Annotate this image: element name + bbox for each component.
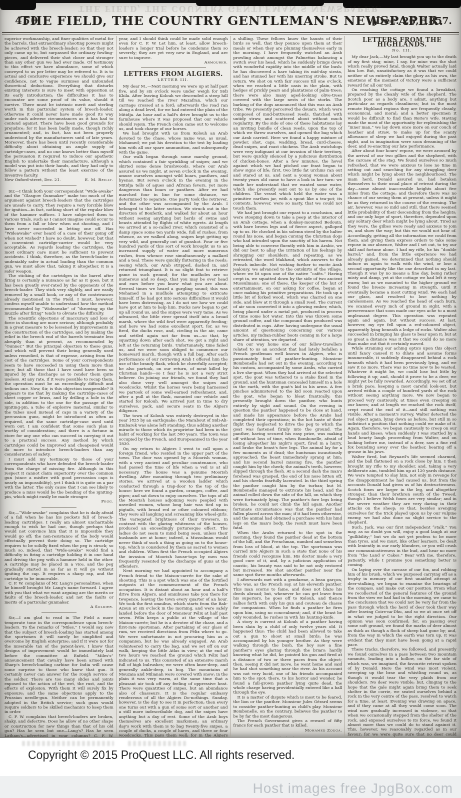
- article-paragraph: While straining our aching optics upon t…: [348, 346, 457, 454]
- section-divider: [41, 612, 76, 613]
- proquest-copyright: Copyright © 2015 ProQuest LLC. All right…: [28, 750, 295, 762]
- article-paragraph: On laying over the carcase of our fox, a…: [348, 567, 457, 647]
- newspaper-column-3: a shilling. These fellows know the haunt…: [230, 36, 344, 737]
- article-paragraph: Walter fired, but Reynard's life seemed …: [348, 454, 457, 525]
- end-ornament: · · ·: [233, 735, 342, 737]
- signoff-address: New Oxford-street, Dec. 21.: [5, 178, 61, 183]
- article-paragraph: a shilling. These fellows know the haunt…: [233, 37, 342, 211]
- article-paragraph: Sir,—“Wide-awake” complains that he is d…: [5, 510, 114, 581]
- letter-signature: A Soldier.: [5, 604, 114, 609]
- article-paragraph: On reaching the cottage we found a break…: [348, 88, 457, 149]
- article-paragraph: After about four hours' repose, we were …: [348, 149, 457, 347]
- newspaper-column-4: LETTERS FROM THE HIGHLANDS.No. III.My de…: [345, 36, 459, 737]
- letter-signature: Mohamed Zouga.: [233, 728, 342, 733]
- article-paragraph: The scientific objections of inaccuracy …: [5, 316, 114, 457]
- letter-signature: Pegg.: [5, 499, 114, 504]
- section-divider: [141, 68, 206, 69]
- article-paragraph: It is a matter of dispute which is most …: [233, 695, 342, 719]
- article-paragraph: I afterwards met with a gendarme, a beau…: [233, 577, 342, 619]
- article-paragraph: We had just brought our repast to a conc…: [233, 211, 342, 343]
- article-paragraph: C. F. W. complains of Mr. Lang's persona…: [5, 581, 114, 609]
- article-paragraph: I must add my testimony to those of your…: [5, 457, 114, 504]
- signoff-signature: E. M. Reilly.: [85, 178, 114, 183]
- column-layout: superior workmanship, and finer qualitie…: [2, 36, 459, 737]
- article-paragraph: superior workmanship, and finer qualitie…: [5, 37, 114, 178]
- article-headline: LETTERS FROM THE HIGHLANDS.: [348, 38, 457, 47]
- bleed-through-smudge: [128, 741, 188, 746]
- article-paragraph: On our way home one of our fellow-travel…: [233, 342, 342, 530]
- article-paragraph: When the Arabs returned to the spot in t…: [233, 530, 342, 577]
- article-paragraph: My dear Jack,—My last brought you up to …: [348, 55, 457, 88]
- article-paragraph: year, and I should think could be made s…: [119, 37, 228, 65]
- article-paragraph: My dear M.,—Next morning we were up at h…: [119, 84, 228, 131]
- article-paragraph: Our walk began through some marshy groun…: [119, 155, 228, 414]
- article-paragraph: We had brought with us from Kolouh an Ar…: [119, 131, 228, 155]
- article-paragraph: A story is current at Kolouh of a panthe…: [233, 620, 342, 695]
- newspaper-column-2: year, and I should think could be made s…: [116, 36, 230, 737]
- letter-signature: Armourer.: [119, 60, 228, 65]
- article-paragraph: Next morning we had appointed to accompa…: [119, 569, 228, 737]
- article-paragraph: Sir,—I am glad to read in The Field a mo…: [5, 616, 114, 715]
- section-divider: [41, 185, 76, 186]
- article-paragraph: On my return to Algiers I went to call u…: [119, 446, 228, 568]
- newspaper-column-1: superior workmanship, and finer qualitie…: [2, 36, 116, 737]
- newspaper-scan-page: THE FIELD, THE COUNTRY GENTLEMAN'S NEWSP…: [0, 0, 461, 738]
- article-subheading: LETTER III.: [119, 77, 228, 82]
- article-paragraph: C. F. W. complains that breech-loaders a…: [5, 714, 114, 737]
- article-paragraph: Sir,—I think both your correspondent “Wi…: [5, 189, 114, 274]
- article-subheading: No. III.: [348, 48, 457, 53]
- article-paragraph: Such, Jack, was our first independent “s…: [348, 525, 457, 567]
- article-paragraph: The sticking of the cartridges in the ba…: [5, 273, 114, 315]
- masthead: 450 THE FIELD, THE COUNTRY GENTLEMAN'S N…: [12, 12, 452, 30]
- issue-date: [Dec. 26, 1857.: [371, 16, 452, 27]
- article-headline: LETTERS FROM ALGIERS.: [119, 72, 228, 77]
- article-area: superior workmanship, and finer qualitie…: [2, 36, 459, 737]
- article-paragraph: The town of Kolouh was entirely destroye…: [119, 413, 228, 446]
- article-paragraph: These tracks, therefore, we followed, an…: [348, 647, 457, 737]
- bleed-through-smudge: [22, 741, 114, 746]
- letter-signoff: New Oxford-street, Dec. 21.E. M. Reilly.: [5, 178, 114, 183]
- jpgbox-watermark: Host images free JpgBox.com: [253, 780, 453, 796]
- section-divider: [41, 507, 76, 508]
- article-paragraph: The French Government gives a reward of …: [233, 718, 342, 732]
- masthead-rule: [2, 32, 459, 35]
